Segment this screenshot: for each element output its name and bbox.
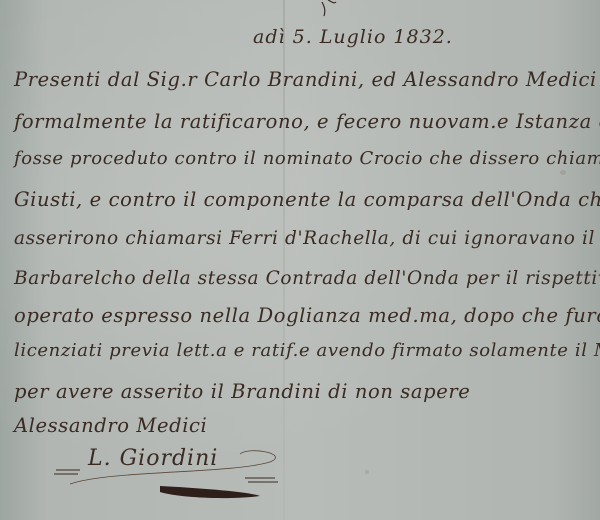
- text-line-3: fosse proceduto contro il nominato Croci…: [14, 148, 600, 169]
- text-line-7: operato espresso nella Doglianza med.ma,…: [14, 304, 600, 327]
- text-line-8: licenziati previa lett.a e ratif.e avend…: [14, 340, 600, 361]
- paper-spot: [560, 170, 566, 175]
- paper-spot: [365, 470, 369, 474]
- text-line-4: Giusti, e contro il componente la compar…: [14, 188, 600, 211]
- ink-flourish-icon: [318, 0, 340, 18]
- text-line-10: Alessandro Medici: [14, 414, 207, 437]
- text-line-9: per avere asserito il Brandini di non sa…: [14, 380, 470, 403]
- text-line-6: Barbarelcho della stessa Contrada dell'O…: [14, 268, 600, 289]
- signature: L. Giordini: [88, 446, 218, 471]
- document-page: adì 5. Luglio 1832. Presenti dal Sig.r C…: [0, 0, 600, 520]
- text-line-2: formalmente la ratificarono, e fecero nu…: [14, 110, 600, 133]
- text-line-1: Presenti dal Sig.r Carlo Brandini, ed Al…: [14, 68, 600, 91]
- document-date: adì 5. Luglio 1832.: [253, 26, 453, 48]
- text-line-5: asserirono chiamarsi Ferri d'Rachella, d…: [14, 228, 600, 249]
